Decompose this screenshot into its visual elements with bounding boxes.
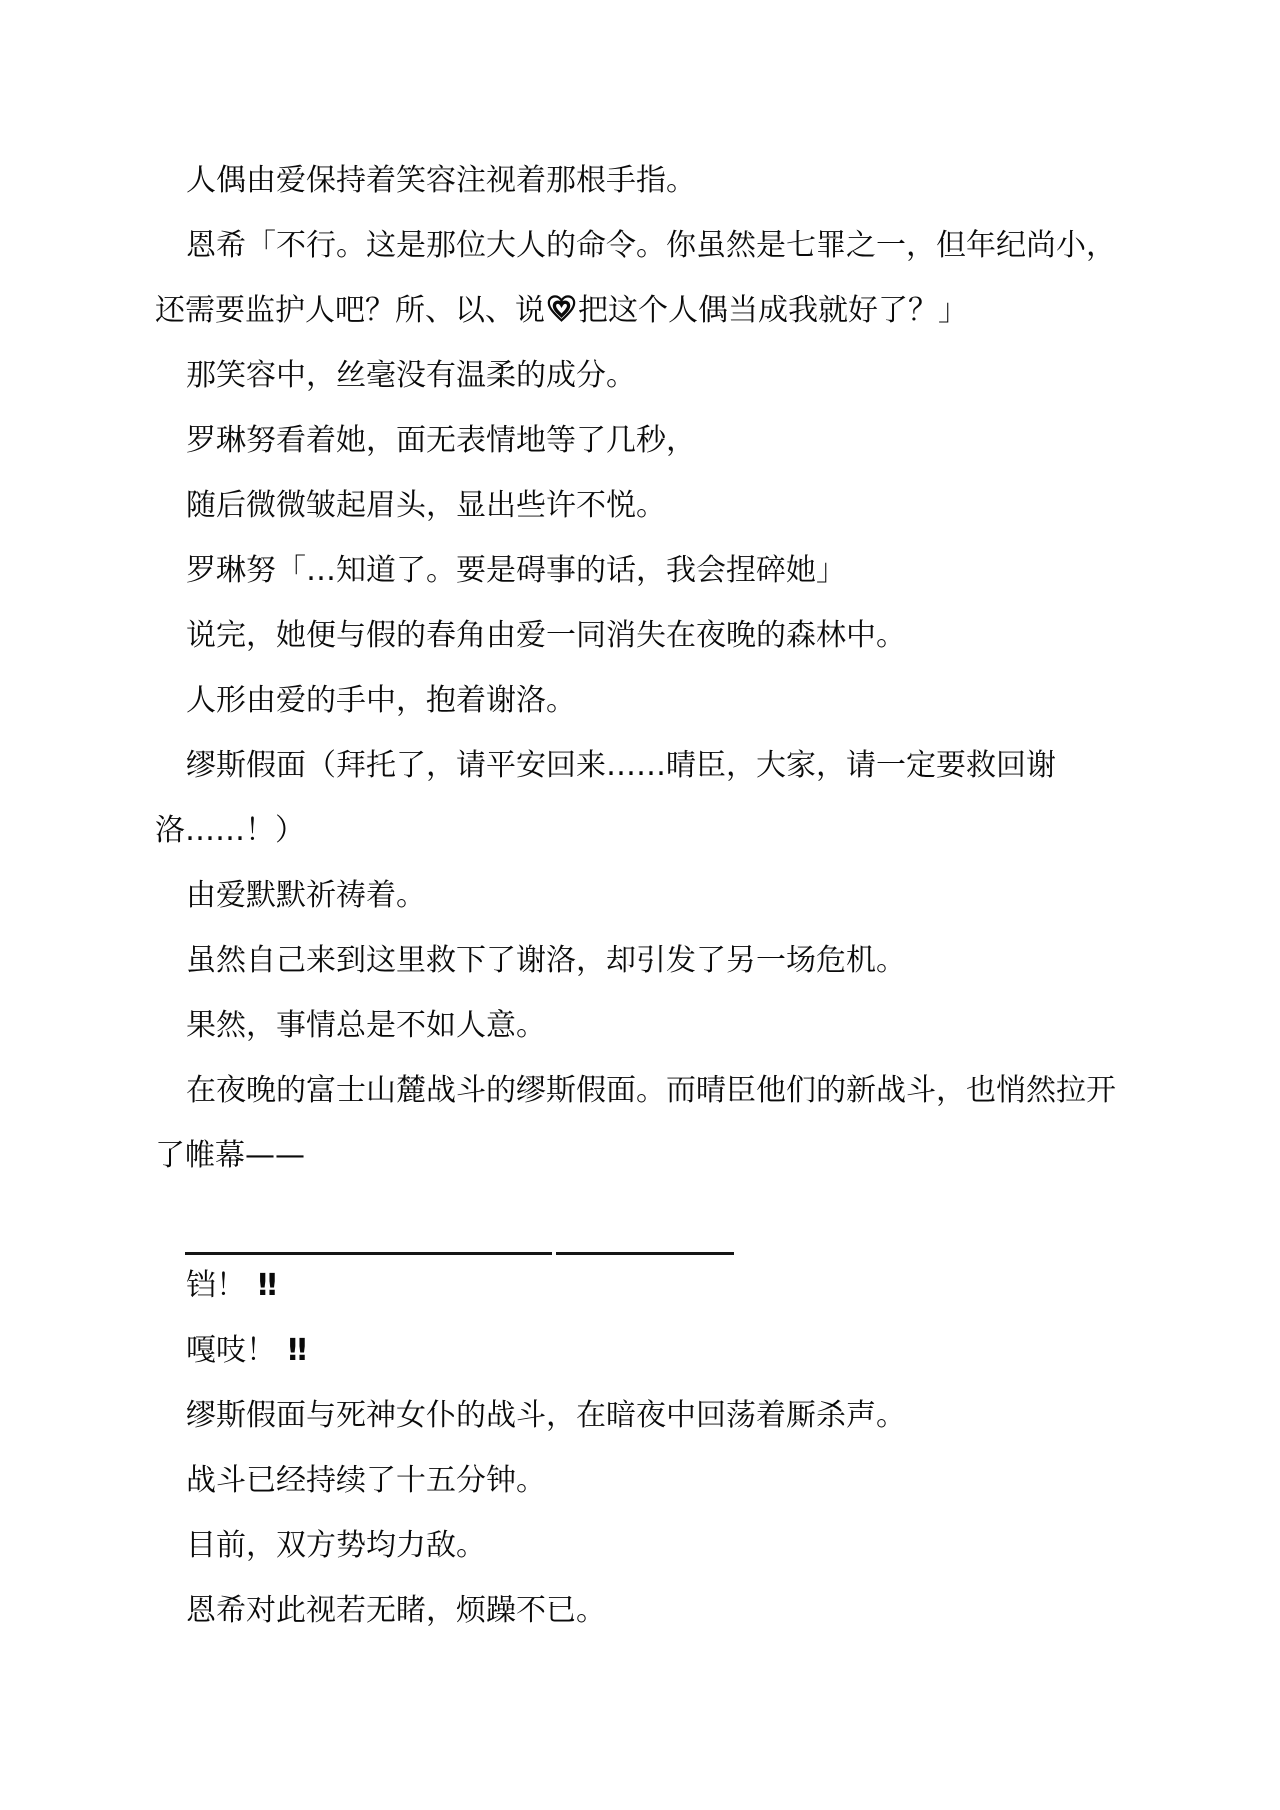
text-line: 说完，她便与假的春角由爱一同消失在夜晚的森林中。 bbox=[155, 603, 1220, 668]
text-before-heart: 还需要监护人吧？所、以、说 bbox=[155, 293, 545, 328]
text-line: 恩希对此视若无睹，烦躁不已。 bbox=[155, 1578, 1220, 1643]
text-line: 人偶由爱保持着笑容注视着那根手指。 bbox=[155, 148, 1220, 213]
text-line: 洛……！） bbox=[155, 798, 1220, 863]
double-exclamation: ‼ bbox=[288, 1333, 308, 1368]
heart-icon bbox=[546, 293, 577, 324]
divider-segment bbox=[556, 1228, 734, 1255]
text-line: 缪斯假面与死神女仆的战斗，在暗夜中回荡着厮杀声。 bbox=[155, 1383, 1220, 1448]
text-line: 目前，双方势均力敌。 bbox=[155, 1513, 1220, 1578]
text-line: 缪斯假面（拜托了，请平安回来……晴臣，大家，请一定要救回谢 bbox=[155, 733, 1220, 798]
text-line: 虽然自己来到这里救下了谢洛，却引发了另一场危机。 bbox=[155, 928, 1220, 993]
section-divider bbox=[185, 1188, 1220, 1253]
text-line: 人形由爱的手中，抱着谢洛。 bbox=[155, 668, 1220, 733]
divider-segment bbox=[185, 1228, 552, 1255]
text-line: 由爱默默祈祷着。 bbox=[155, 863, 1220, 928]
text-after-heart: 把这个人偶当成我就好了？」 bbox=[578, 293, 968, 328]
text-line: 铛！‼ bbox=[155, 1253, 1220, 1318]
text-line: 罗琳努看着她，面无表情地等了几秒， bbox=[155, 408, 1220, 473]
text-line: 嘎吱！‼ bbox=[155, 1318, 1220, 1383]
text-line: 罗琳努「…知道了。要是碍事的话，我会捏碎她」 bbox=[155, 538, 1220, 603]
sfx-text: 铛！ bbox=[186, 1268, 246, 1303]
sfx-text: 嘎吱！ bbox=[186, 1333, 276, 1368]
text-line: 果然，事情总是不如人意。 bbox=[155, 993, 1220, 1058]
text-line: 战斗已经持续了十五分钟。 bbox=[155, 1448, 1220, 1513]
double-exclamation: ‼ bbox=[258, 1268, 278, 1303]
text-line: 在夜晚的富士山麓战斗的缪斯假面。而晴臣他们的新战斗，也悄然拉开 bbox=[155, 1058, 1220, 1123]
text-line-with-heart: 还需要监护人吧？所、以、说把这个人偶当成我就好了？」 bbox=[155, 278, 1220, 343]
text-line: 了帷幕—— bbox=[155, 1123, 1220, 1188]
text-line: 恩希「不行。这是那位大人的命令。你虽然是七罪之一，但年纪尚小， bbox=[155, 213, 1220, 278]
document-body: 人偶由爱保持着笑容注视着那根手指。 恩希「不行。这是那位大人的命令。你虽然是七罪… bbox=[155, 148, 1220, 1643]
text-line: 随后微微皱起眉头，显出些许不悦。 bbox=[155, 473, 1220, 538]
text-line: 那笑容中，丝毫没有温柔的成分。 bbox=[155, 343, 1220, 408]
document-page: 人偶由爱保持着笑容注视着那根手指。 恩希「不行。这是那位大人的命令。你虽然是七罪… bbox=[0, 0, 1280, 1810]
